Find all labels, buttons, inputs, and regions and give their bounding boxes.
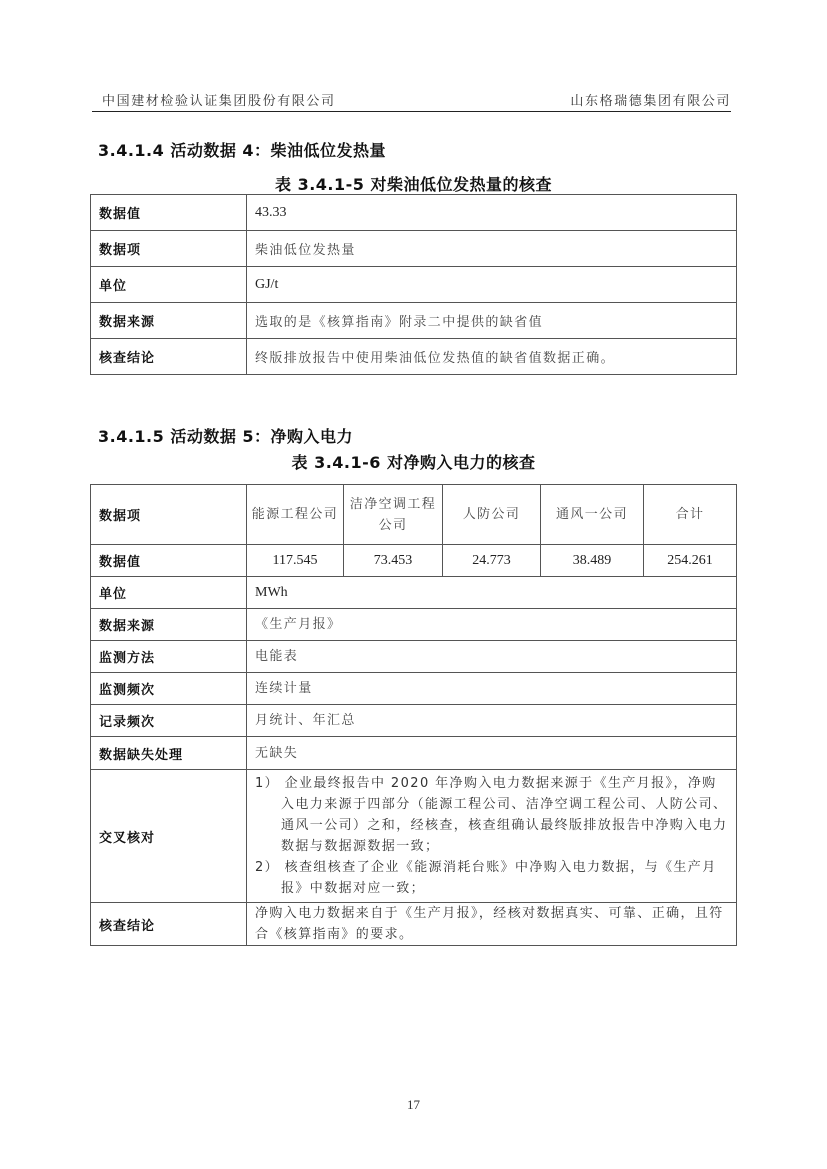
row-value: 43.33 — [247, 195, 737, 231]
table-row: 数据值 117.545 73.453 24.773 38.489 254.261 — [91, 545, 737, 577]
row-label: 数据来源 — [91, 303, 247, 339]
row-label: 监测频次 — [91, 673, 247, 705]
table-caption-3-4-1-6: 表 3.4.1-6 对净购入电力的核查 — [0, 450, 827, 473]
row-label: 单位 — [91, 577, 247, 609]
column-header: 人防公司 — [443, 485, 541, 545]
table-row: 数据项 柴油低位发热量 — [91, 231, 737, 267]
table-row: 核查结论 终版排放报告中使用柴油低位发热值的缺省值数据正确。 — [91, 339, 737, 375]
cross-check-content: 1） 企业最终报告中 2020 年净购入电力数据来源于《生产月报》，净购入电力来… — [247, 770, 737, 903]
row-value: 月统计、年汇总 — [247, 705, 737, 737]
row-value: 选取的是《核算指南》附录二中提供的缺省值 — [247, 303, 737, 339]
row-label: 交叉核对 — [91, 770, 247, 903]
row-value: GJ/t — [247, 267, 737, 303]
data-value: 117.545 — [247, 545, 344, 577]
conclusion-value: 净购入电力数据来自于《生产月报》，经核对数据真实、可靠、正确，且符合《核算指南》… — [247, 903, 737, 946]
table-row: 核查结论 净购入电力数据来自于《生产月报》，经核对数据真实、可靠、正确，且符合《… — [91, 903, 737, 946]
column-header: 通风一公司 — [541, 485, 644, 545]
row-label: 数据项 — [91, 231, 247, 267]
row-label: 数据值 — [91, 545, 247, 577]
page-number: 17 — [0, 1097, 827, 1113]
net-purchased-electricity-table: 数据项 能源工程公司 洁净空调工程公司 人防公司 通风一公司 合计 数据值 11… — [90, 484, 737, 946]
row-value: 《生产月报》 — [247, 609, 737, 641]
row-label: 单位 — [91, 267, 247, 303]
data-value: 38.489 — [541, 545, 644, 577]
row-value: 连续计量 — [247, 673, 737, 705]
row-label: 数据项 — [91, 485, 247, 545]
table-row: 单位 MWh — [91, 577, 737, 609]
table-caption-3-4-1-5: 表 3.4.1-5 对柴油低位发热量的核查 — [0, 172, 827, 195]
row-value: 无缺失 — [247, 737, 737, 770]
row-value: 柴油低位发热量 — [247, 231, 737, 267]
row-label: 监测方法 — [91, 641, 247, 673]
row-label: 数据缺失处理 — [91, 737, 247, 770]
table-row: 数据值 43.33 — [91, 195, 737, 231]
row-label: 核查结论 — [91, 903, 247, 946]
table-row: 数据来源 《生产月报》 — [91, 609, 737, 641]
row-label: 数据值 — [91, 195, 247, 231]
table-row: 数据缺失处理 无缺失 — [91, 737, 737, 770]
row-value: 电能表 — [247, 641, 737, 673]
section-heading-3-4-1-4: 3.4.1.4 活动数据 4：柴油低位发热量 — [98, 138, 386, 161]
table-header-row: 数据项 能源工程公司 洁净空调工程公司 人防公司 通风一公司 合计 — [91, 485, 737, 545]
table-row: 监测方法 电能表 — [91, 641, 737, 673]
section-heading-3-4-1-5: 3.4.1.5 活动数据 5：净购入电力 — [98, 424, 353, 447]
diesel-calorific-value-table: 数据值 43.33 数据项 柴油低位发热量 单位 GJ/t 数据来源 选取的是《… — [90, 194, 737, 375]
column-header: 合计 — [644, 485, 737, 545]
header-divider — [92, 111, 731, 112]
cross-check-item: 2） 核查组核查了企业《能源消耗台账》中净购入电力数据，与《生产月报》中数据对应… — [255, 857, 728, 899]
header-right-org: 山东格瑞德集团有限公司 — [570, 90, 731, 109]
table-row: 监测频次 连续计量 — [91, 673, 737, 705]
row-value: 终版排放报告中使用柴油低位发热值的缺省值数据正确。 — [247, 339, 737, 375]
header-left-org: 中国建材检验认证集团股份有限公司 — [102, 90, 336, 109]
data-value: 73.453 — [344, 545, 443, 577]
column-header: 能源工程公司 — [247, 485, 344, 545]
page-header: 中国建材检验认证集团股份有限公司 山东格瑞德集团有限公司 — [102, 90, 731, 110]
data-value-total: 254.261 — [644, 545, 737, 577]
row-label: 核查结论 — [91, 339, 247, 375]
column-header: 洁净空调工程公司 — [344, 485, 443, 545]
data-value: 24.773 — [443, 545, 541, 577]
table-row: 单位 GJ/t — [91, 267, 737, 303]
row-value: MWh — [247, 577, 737, 609]
table-row: 交叉核对 1） 企业最终报告中 2020 年净购入电力数据来源于《生产月报》，净… — [91, 770, 737, 903]
cross-check-item: 1） 企业最终报告中 2020 年净购入电力数据来源于《生产月报》，净购入电力来… — [255, 773, 728, 857]
table-row: 记录频次 月统计、年汇总 — [91, 705, 737, 737]
row-label: 数据来源 — [91, 609, 247, 641]
table-row: 数据来源 选取的是《核算指南》附录二中提供的缺省值 — [91, 303, 737, 339]
row-label: 记录频次 — [91, 705, 247, 737]
